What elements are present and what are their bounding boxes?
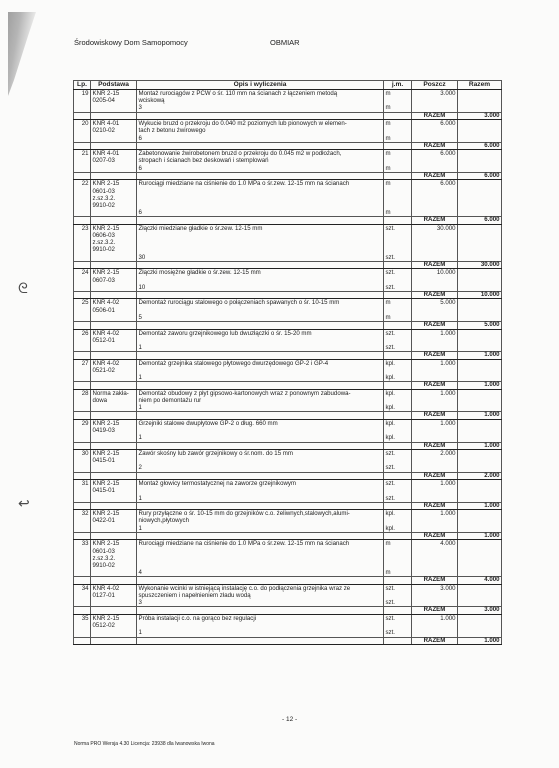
sum-empty	[137, 112, 384, 120]
unit-bottom: m	[386, 209, 410, 216]
sum-empty	[74, 412, 91, 420]
spacer	[386, 277, 410, 284]
unit-top: m	[386, 540, 410, 547]
row-basis: KNR 2-150601-03z.sz.3.2.9910-02	[91, 180, 137, 217]
sum-empty	[137, 472, 384, 480]
sum-empty	[384, 472, 412, 480]
basis-line: KNR 2-15	[93, 420, 135, 427]
sum-label: RAZEM	[412, 322, 458, 330]
software-footer: Norma PRO Wersja 4.30 Licencja: 23938 dl…	[74, 741, 215, 747]
spacer	[139, 555, 382, 562]
sum-empty	[137, 442, 384, 450]
description-line: Rurociągi miedziane na ciśnienie do 1.0 …	[139, 180, 382, 187]
description-line: Demontaż grzejnika stalowego płytowego d…	[139, 360, 382, 367]
description-line: Montaż głowicy termostatycznej na zaworz…	[139, 480, 382, 487]
row-unit: szt. szt.	[384, 450, 412, 473]
sum-empty	[137, 261, 384, 269]
sum-empty	[91, 472, 137, 480]
unit-bottom: m	[386, 135, 410, 142]
sum-empty	[91, 172, 137, 180]
sum-empty	[137, 607, 384, 615]
row-basis: KNR 4-010210-02	[91, 120, 137, 143]
row-partial-value: 2.000	[412, 450, 458, 473]
spacer	[139, 277, 382, 284]
row-description: Demontaż rurociągu stalowego o połączeni…	[137, 299, 384, 322]
unit-bottom: szt.	[386, 629, 410, 636]
table-row: 20KNR 4-010210-02Wykucie bruzd o przekro…	[74, 120, 502, 143]
description-line: niem po demontażu rur	[139, 397, 382, 404]
basis-line: 9910-02	[93, 562, 135, 569]
spacer	[386, 457, 410, 464]
calculation-line: 1	[139, 374, 382, 381]
scan-edge-shadow	[0, 0, 40, 100]
row-unit: kpl. kpl.	[384, 510, 412, 533]
row-total-empty	[458, 389, 502, 412]
sum-empty	[74, 382, 91, 390]
spacer	[139, 562, 382, 569]
sum-empty	[137, 577, 384, 585]
spacer	[139, 195, 382, 202]
row-total-empty	[458, 269, 502, 292]
sum-empty	[384, 291, 412, 299]
sum-empty	[91, 412, 137, 420]
row-unit: m m	[384, 540, 412, 577]
row-unit: kpl. kpl.	[384, 359, 412, 382]
sum-row: RAZEM1.000	[74, 637, 502, 645]
row-total-empty	[458, 584, 502, 607]
row-number: 22	[74, 180, 91, 217]
unit-top: m	[386, 180, 410, 187]
table-row: 35KNR 2-150512-02Próba instalacji c.o. n…	[74, 614, 502, 637]
table-row: 23KNR 2-150606-03z.sz.3.2.9910-02Złączki…	[74, 224, 502, 261]
description-line: Zawór skośny lub zawór grzejnikowy o śr.…	[139, 450, 382, 457]
row-unit: szt. szt.	[384, 480, 412, 503]
row-total-empty	[458, 510, 502, 533]
row-basis: KNR 2-150415-01	[91, 450, 137, 473]
unit-top: kpl.	[386, 420, 410, 427]
sum-empty	[91, 322, 137, 330]
sum-total-value: 1.000	[458, 637, 502, 645]
description-line: tach z betonu żwirowego	[139, 127, 382, 134]
sum-label: RAZEM	[412, 472, 458, 480]
row-unit: szt. szt.	[384, 584, 412, 607]
sum-row: RAZEM3.000	[74, 607, 502, 615]
row-unit: szt. szt.	[384, 224, 412, 261]
row-basis: KNR 4-020512-01	[91, 329, 137, 352]
basis-line: KNR 2-15	[93, 480, 135, 487]
unit-bottom: szt.	[386, 344, 410, 351]
measurement-table: Lp. Podstawa Opis i wyliczenia j.m. Posz…	[73, 80, 502, 645]
row-partial-value: 1.000	[412, 389, 458, 412]
basis-line: 0521-02	[93, 367, 135, 374]
row-total-empty	[458, 180, 502, 217]
sum-empty	[74, 352, 91, 360]
basis-line: Norma zakła-	[93, 390, 135, 397]
sum-empty	[91, 382, 137, 390]
row-basis: KNR 2-150606-03z.sz.3.2.9910-02	[91, 224, 137, 261]
calculation-line: 1	[139, 495, 382, 502]
sum-total-value: 4.000	[458, 577, 502, 585]
sum-empty	[137, 637, 384, 645]
spacer	[386, 517, 410, 524]
row-number: 20	[74, 120, 91, 143]
row-number: 19	[74, 90, 91, 113]
row-description: Złączki miedziane gładkie o śr.zew. 12-1…	[137, 224, 384, 261]
row-partial-value: 1.000	[412, 510, 458, 533]
description-line: wciskową	[139, 97, 382, 104]
sum-label: RAZEM	[412, 352, 458, 360]
row-basis: KNR 4-020521-02	[91, 359, 137, 382]
row-description: Wykonanie wcinki w istniejącą instalację…	[137, 584, 384, 607]
sum-total-value: 6.000	[458, 172, 502, 180]
row-total-empty	[458, 540, 502, 577]
sum-row: RAZEM1.000	[74, 532, 502, 540]
row-number: 33	[74, 540, 91, 577]
basis-line: 0419-03	[93, 427, 135, 434]
row-partial-value: 4.000	[412, 540, 458, 577]
unit-top: szt.	[386, 585, 410, 592]
sum-total-value: 1.000	[458, 352, 502, 360]
row-unit: m m	[384, 180, 412, 217]
row-unit: kpl. kpl.	[384, 389, 412, 412]
unit-bottom: szt.	[386, 599, 410, 606]
calculation-line: 1	[139, 629, 382, 636]
spacer	[386, 246, 410, 253]
sum-row: RAZEM3.000	[74, 112, 502, 120]
table-row: 33KNR 2-150601-03z.sz.3.2.9910-02Rurocią…	[74, 540, 502, 577]
basis-line: KNR 2-15	[93, 225, 135, 232]
row-basis: KNR 4-010207-03	[91, 150, 137, 173]
description-line: Demontaż rurociągu stalowego o połączeni…	[139, 299, 382, 306]
spacer	[139, 487, 382, 494]
sum-label: RAZEM	[412, 142, 458, 150]
row-description: Rurociągi miedziane na ciśnienie do 1.0 …	[137, 540, 384, 577]
spacer	[386, 622, 410, 629]
basis-line: z.sz.3.2.	[93, 555, 135, 562]
sum-label: RAZEM	[412, 637, 458, 645]
description-line: stropach i ścianach bez deskowań i stemp…	[139, 157, 382, 164]
spacer	[386, 592, 410, 599]
table-row: 21KNR 4-010207-03Zabetonowanie żwirobeto…	[74, 150, 502, 173]
unit-top: szt.	[386, 225, 410, 232]
row-partial-value: 1.000	[412, 419, 458, 442]
spacer	[139, 202, 382, 209]
row-basis: KNR 2-150607-03	[91, 269, 137, 292]
description-line: Rurociągi miedziane na ciśnienie do 1.0 …	[139, 540, 382, 547]
basis-line: KNR 4-02	[93, 360, 135, 367]
calculation-line: 4	[139, 569, 382, 576]
row-partial-value: 3.000	[412, 584, 458, 607]
description-line: Próba instalacji c.o. na gorąco bez regu…	[139, 615, 382, 622]
calculation-line: 6	[139, 165, 382, 172]
row-description: Zabetonowanie żwirobetonem bruzd o przek…	[137, 150, 384, 173]
row-partial-value: 6.000	[412, 180, 458, 217]
description-line: niowych,płytowych	[139, 517, 382, 524]
column-header-unit: j.m.	[384, 81, 412, 90]
basis-line: 0415-01	[93, 487, 135, 494]
row-total-empty	[458, 329, 502, 352]
row-description: Próba instalacji c.o. na gorąco bez regu…	[137, 614, 384, 637]
spacer	[386, 307, 410, 314]
unit-bottom: szt.	[386, 495, 410, 502]
row-unit: kpl. kpl.	[384, 419, 412, 442]
basis-line: 0512-01	[93, 337, 135, 344]
sum-empty	[74, 502, 91, 510]
basis-line: 0506-01	[93, 307, 135, 314]
row-number: 25	[74, 299, 91, 322]
sum-empty	[74, 322, 91, 330]
sum-row: RAZEM10.000	[74, 291, 502, 299]
sum-empty	[137, 172, 384, 180]
row-basis: KNR 2-150601-03z.sz.3.2.9910-02	[91, 540, 137, 577]
basis-line: 0210-02	[93, 127, 135, 134]
row-number: 29	[74, 419, 91, 442]
row-partial-value: 1.000	[412, 614, 458, 637]
sum-row: RAZEM1.000	[74, 502, 502, 510]
description-line: Złączki miedziane gładkie o śr.zew. 12-1…	[139, 225, 382, 232]
sum-label: RAZEM	[412, 502, 458, 510]
sum-label: RAZEM	[412, 577, 458, 585]
spacer	[139, 367, 382, 374]
organization-name: Środowiskowy Dom Samopomocy	[74, 38, 188, 47]
basis-line: KNR 4-01	[93, 120, 135, 127]
unit-bottom: kpl.	[386, 525, 410, 532]
unit-bottom: m	[386, 104, 410, 111]
sum-total-value: 1.000	[458, 412, 502, 420]
spacer	[139, 457, 382, 464]
row-partial-value: 6.000	[412, 150, 458, 173]
unit-top: szt.	[386, 450, 410, 457]
unit-bottom: kpl.	[386, 434, 410, 441]
calculation-line: 10	[139, 284, 382, 291]
pen-mark-icon: ᘓ	[18, 280, 28, 297]
spacer	[386, 195, 410, 202]
sum-empty	[74, 172, 91, 180]
spacer	[139, 307, 382, 314]
row-description: Montaż rurociągów z PCW o śr. 110 mm na …	[137, 90, 384, 113]
spacer	[386, 157, 410, 164]
unit-bottom: m	[386, 314, 410, 321]
row-number: 34	[74, 584, 91, 607]
row-total-empty	[458, 450, 502, 473]
sum-empty	[91, 577, 137, 585]
sum-row: RAZEM1.000	[74, 442, 502, 450]
column-header-partial: Poszcz	[412, 81, 458, 90]
row-number: 26	[74, 329, 91, 352]
basis-line: KNR 2-15	[93, 510, 135, 517]
row-number: 35	[74, 614, 91, 637]
sum-empty	[137, 532, 384, 540]
row-description: Wykucie bruzd o przekroju do 0.040 m2 po…	[137, 120, 384, 143]
sum-empty	[137, 322, 384, 330]
row-description: Rury przyłączne o śr. 10-15 mm do grzejn…	[137, 510, 384, 533]
description-line: spuszczeniem i napełnieniem zładu wodą	[139, 592, 382, 599]
sum-empty	[384, 112, 412, 120]
spacer	[139, 188, 382, 195]
row-basis: KNR 2-150512-02	[91, 614, 137, 637]
row-number: 27	[74, 359, 91, 382]
sum-empty	[384, 217, 412, 225]
table-row: 29KNR 2-150419-03Grzejniki stalowe dwupł…	[74, 419, 502, 442]
basis-line: dowa	[93, 397, 135, 404]
sum-total-value: 1.000	[458, 382, 502, 390]
row-total-empty	[458, 90, 502, 113]
sum-total-value: 3.000	[458, 607, 502, 615]
table-row: 32KNR 2-150422-01Rury przyłączne o śr. 1…	[74, 510, 502, 533]
sum-total-value: 1.000	[458, 502, 502, 510]
sum-empty	[137, 382, 384, 390]
sum-empty	[384, 637, 412, 645]
document-title: OBMIAR	[270, 38, 300, 47]
row-partial-value: 1.000	[412, 359, 458, 382]
calculation-line: 1	[139, 404, 382, 411]
page-number: - 12 -	[282, 716, 297, 723]
table-row: 24KNR 2-150607-03Złączki mosiężne gładki…	[74, 269, 502, 292]
sum-label: RAZEM	[412, 442, 458, 450]
basis-line: KNR 2-15	[93, 180, 135, 187]
row-total-empty	[458, 419, 502, 442]
sum-label: RAZEM	[412, 112, 458, 120]
sum-label: RAZEM	[412, 291, 458, 299]
unit-top: kpl.	[386, 510, 410, 517]
sum-total-value: 10.000	[458, 291, 502, 299]
sum-empty	[91, 112, 137, 120]
spacer	[139, 239, 382, 246]
unit-bottom: kpl.	[386, 404, 410, 411]
spacer	[139, 548, 382, 555]
row-basis: KNR 4-020506-01	[91, 299, 137, 322]
unit-top: m	[386, 90, 410, 97]
sum-label: RAZEM	[412, 261, 458, 269]
spacer	[386, 562, 410, 569]
row-total-empty	[458, 614, 502, 637]
sum-empty	[137, 217, 384, 225]
sum-row: RAZEM1.000	[74, 382, 502, 390]
table-row: 22KNR 2-150601-03z.sz.3.2.9910-02Rurocią…	[74, 180, 502, 217]
sum-empty	[137, 142, 384, 150]
table-row: 26KNR 4-020512-01Demontaż zaworu grzejni…	[74, 329, 502, 352]
unit-bottom: szt.	[386, 284, 410, 291]
spacer	[386, 487, 410, 494]
sum-empty	[91, 291, 137, 299]
sum-empty	[91, 532, 137, 540]
sum-total-value: 3.000	[458, 112, 502, 120]
unit-bottom: kpl.	[386, 374, 410, 381]
spacer	[386, 202, 410, 209]
spacer	[139, 427, 382, 434]
basis-line: KNR 2-15	[93, 90, 135, 97]
sum-empty	[384, 382, 412, 390]
row-description: Demontaż grzejnika stalowego płytowego d…	[137, 359, 384, 382]
description-line: Grzejniki stalowe dwupłytowe GP-2 o dług…	[139, 420, 382, 427]
sum-empty	[91, 502, 137, 510]
basis-line: KNR 2-15	[93, 615, 135, 622]
sum-total-value: 2.000	[458, 472, 502, 480]
unit-bottom: szt.	[386, 464, 410, 471]
sum-empty	[91, 217, 137, 225]
calculation-line: 1	[139, 434, 382, 441]
description-line: Złączki mosiężne gładkie o śr.zew. 12-15…	[139, 269, 382, 276]
row-number: 30	[74, 450, 91, 473]
column-header-basis: Podstawa	[91, 81, 137, 90]
row-description: Grzejniki stalowe dwupłytowe GP-2 o dług…	[137, 419, 384, 442]
calculation-line: 1	[139, 525, 382, 532]
description-line: Zabetonowanie żwirobetonem bruzd o przek…	[139, 150, 382, 157]
sum-empty	[74, 142, 91, 150]
unit-bottom: m	[386, 569, 410, 576]
sum-row: RAZEM4.000	[74, 577, 502, 585]
spacer	[139, 622, 382, 629]
sum-label: RAZEM	[412, 412, 458, 420]
column-header-description: Opis i wyliczenia	[137, 81, 384, 90]
table-body: 19KNR 2-150205-04Montaż rurociągów z PCW…	[74, 90, 502, 645]
row-total-empty	[458, 480, 502, 503]
row-number: 32	[74, 510, 91, 533]
table-header-row: Lp. Podstawa Opis i wyliczenia j.m. Posz…	[74, 81, 502, 90]
basis-line: KNR 2-15	[93, 269, 135, 276]
table-row: 27KNR 4-020521-02Demontaż grzejnika stal…	[74, 359, 502, 382]
basis-line: 0512-02	[93, 622, 135, 629]
unit-top: szt.	[386, 330, 410, 337]
unit-top: m	[386, 120, 410, 127]
basis-line: 9910-02	[93, 202, 135, 209]
sum-total-value: 30.000	[458, 261, 502, 269]
spacer	[386, 397, 410, 404]
spacer	[386, 188, 410, 195]
sum-label: RAZEM	[412, 532, 458, 540]
basis-line: 0415-01	[93, 457, 135, 464]
calculation-line: 3	[139, 104, 382, 111]
sum-label: RAZEM	[412, 607, 458, 615]
sum-empty	[74, 291, 91, 299]
basis-line: 0207-03	[93, 157, 135, 164]
sum-row: RAZEM6.000	[74, 142, 502, 150]
sum-label: RAZEM	[412, 217, 458, 225]
calculation-line: 6	[139, 209, 382, 216]
row-number: 31	[74, 480, 91, 503]
sum-empty	[74, 112, 91, 120]
sum-row: RAZEM1.000	[74, 412, 502, 420]
sum-label: RAZEM	[412, 172, 458, 180]
sum-empty	[384, 577, 412, 585]
sum-empty	[137, 352, 384, 360]
row-unit: szt. szt.	[384, 614, 412, 637]
spacer	[386, 367, 410, 374]
sum-empty	[74, 472, 91, 480]
basis-line: KNR 2-15	[93, 540, 135, 547]
spacer	[386, 97, 410, 104]
sum-empty	[384, 322, 412, 330]
row-number: 24	[74, 269, 91, 292]
sum-empty	[91, 352, 137, 360]
sum-total-value: 6.000	[458, 217, 502, 225]
unit-top: m	[386, 299, 410, 306]
row-unit: m m	[384, 120, 412, 143]
spacer	[139, 246, 382, 253]
basis-line: 0606-03	[93, 232, 135, 239]
spacer	[386, 337, 410, 344]
row-description: Montaż głowicy termostatycznej na zaworz…	[137, 480, 384, 503]
sum-total-value: 1.000	[458, 442, 502, 450]
row-partial-value: 10.000	[412, 269, 458, 292]
row-unit: szt. szt.	[384, 329, 412, 352]
table-row: 19KNR 2-150205-04Montaż rurociągów z PCW…	[74, 90, 502, 113]
sum-empty	[384, 502, 412, 510]
basis-line: KNR 4-02	[93, 330, 135, 337]
unit-top: szt.	[386, 269, 410, 276]
spacer	[386, 127, 410, 134]
spacer	[386, 548, 410, 555]
